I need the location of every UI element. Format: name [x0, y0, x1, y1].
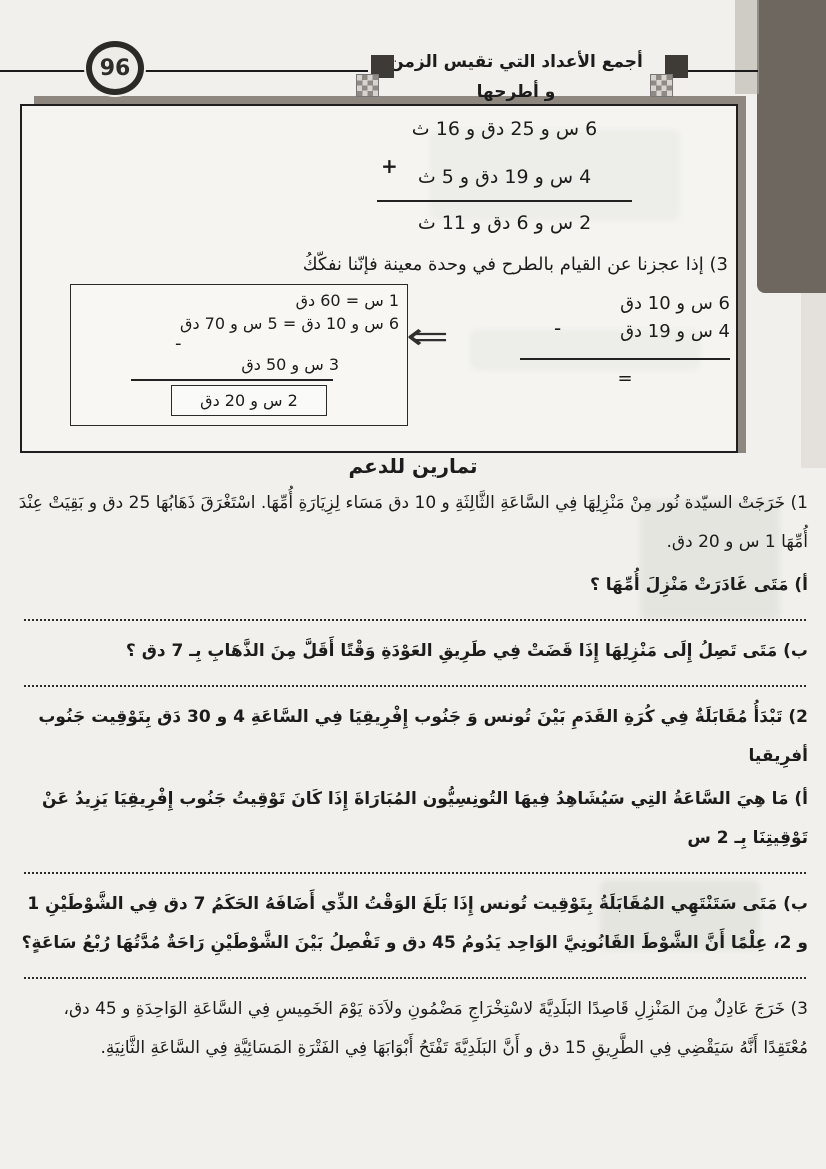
checker-square-icon	[356, 74, 379, 97]
minus-sign: -	[79, 335, 399, 353]
minus-sign: -	[554, 316, 561, 340]
decomposition-result-box: 2 س و 20 دق	[171, 385, 327, 416]
lesson-box: 6 س و 25 دق و 16 ث + 4 س و 19 دق و 5 ث 2…	[20, 104, 738, 453]
exercises-title: تمارين للدعم	[18, 454, 808, 478]
exercise-1-question-b: ب) مَتَى تَصِلُ إِلَى مَنْزِلِهَا إِذَا …	[18, 632, 808, 671]
rule-note-3: 3) إذا عجزنا عن القيام بالطرح في وحدة مع…	[303, 254, 728, 275]
addition-result: 2 س و 6 دق و 11 ث	[377, 208, 632, 238]
answer-dotted-line	[24, 865, 806, 874]
exercise-2-question-b: ب) مَتَى سَتَنْتَهِي المُقَابَلَةُ بِتَو…	[18, 885, 808, 963]
exercise-1-question-a: أ) مَتَى غَادَرَتْ مَنْزِلَ أُمِّهَا ؟	[18, 566, 808, 605]
addition-example: 6 س و 25 دق و 16 ث + 4 س و 19 دق و 5 ث 2…	[377, 114, 632, 238]
page-number-badge: 96	[86, 41, 144, 95]
addition-rule-line	[377, 200, 632, 202]
exercise-2-text: 2) تَبْدَأُ مُقَابَلَةٌ فِي كُرَةِ القَد…	[18, 698, 808, 776]
subtraction-operand-2: 4 س و 19 دق	[520, 318, 730, 346]
left-double-arrow-icon: ⇐	[406, 314, 449, 358]
answer-dotted-line	[24, 678, 806, 687]
box-shadow-right	[738, 96, 746, 453]
scan-shadow-patch	[735, 0, 759, 94]
scan-shadow-strip	[801, 293, 826, 468]
decomposition-line-1: 1 س = 60 دق	[79, 289, 399, 312]
plus-sign: +	[381, 154, 398, 178]
exercise-2-question-a: أ) مَا هِيَ السَّاعَةُ التِي سَيُشَاهِدُ…	[18, 780, 808, 858]
checker-square-icon	[650, 74, 673, 97]
header-rule-right	[686, 70, 758, 72]
subtraction-operand-1: 6 س و 10 دق	[520, 290, 730, 318]
decomposition-box: 1 س = 60 دق 6 س و 10 دق = 5 س و 70 دق - …	[70, 284, 408, 426]
page-number: 96	[100, 56, 131, 81]
decomposition-line-3: 3 س و 50 دق	[79, 353, 399, 376]
exercise-1-text: 1) خَرَجَتْ السيّدة نُور مِنْ مَنْزِلِهَ…	[18, 484, 808, 562]
subtraction-rule-line	[520, 358, 730, 360]
subtraction-example: 6 س و 10 دق - 4 س و 19 دق =	[520, 290, 730, 389]
header-rule-left	[0, 70, 368, 72]
equals-sign: =	[520, 368, 730, 389]
checker-motif-icon	[648, 53, 690, 99]
exercises-section: تمارين للدعم 1) خَرَجَتْ السيّدة نُور مِ…	[18, 454, 808, 1068]
decomposition-rule-line	[131, 379, 333, 381]
addition-operand-1: 6 س و 25 دق و 16 ث	[377, 114, 632, 144]
checker-motif-icon	[354, 53, 396, 99]
exercise-3-text: 3) خَرَجَ عَادِلٌ مِنَ المَنْزِلِ قَاصِد…	[18, 990, 808, 1068]
scanned-textbook-page: { "page": { "number": "96", "header_titl…	[0, 0, 826, 1169]
answer-dotted-line	[24, 612, 806, 621]
decomposition-line-2: 6 س و 10 دق = 5 س و 70 دق	[79, 312, 399, 335]
page-title: أجمع الأعداد التي تقيس الزمن و أطرحها	[385, 47, 647, 77]
addition-operand-2: 4 س و 19 دق و 5 ث	[377, 162, 632, 192]
answer-dotted-line	[24, 970, 806, 979]
scan-shadow-band	[757, 0, 826, 293]
